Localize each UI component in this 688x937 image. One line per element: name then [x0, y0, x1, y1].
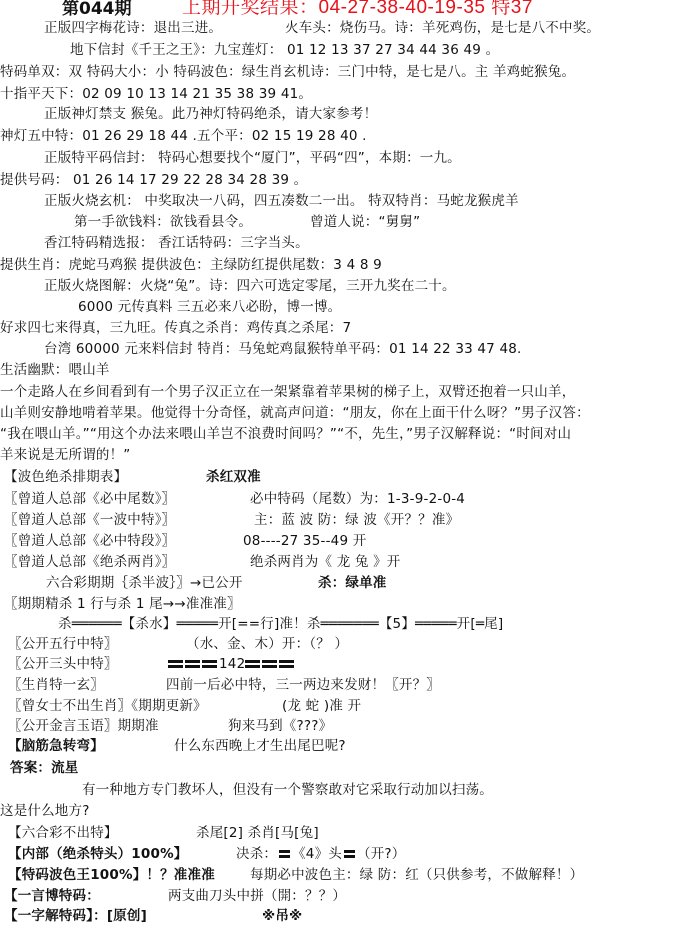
fax-material: 6000 元传真料 三五必来八必盼，博一博。 [78, 297, 341, 317]
internal-kill-pre: 决杀： [236, 846, 277, 862]
internal-kill-post: （开?） [357, 846, 405, 862]
lamp-note: 正版神灯禁支 猴兔。此乃神灯特码绝杀，请大家参考！ [44, 104, 377, 124]
zeng-segment-value: 08----27 35--49 开 [243, 531, 366, 551]
half-wave-value: 杀：绿单准 [318, 573, 387, 593]
riddle2-question-end: 这是什么地方? [0, 801, 90, 821]
underground-envelope: 地下信封《千王之王》：九宝莲灯： 01 12 13 37 27 34 44 36… [70, 40, 499, 60]
one-word-label: 【一言博特码： [4, 886, 100, 906]
humor-title: 生活幽默：喂山羊 [0, 360, 110, 380]
last-result-numbers: 04-27-38-40-19-35 [319, 0, 486, 18]
story-line: 山羊则安静地啃着苹果。他觉得十分奇怪，就高声问道：“朋友，你在上面干什么呀？”男… [0, 403, 590, 423]
internal-kill-mid: 《4》头 [292, 846, 342, 862]
three-heads-label: 〖公开三头中特〗 [8, 654, 118, 674]
riddle-answer: 答案：流星 [10, 758, 79, 778]
zeng-no-zodiac-value: (龙 蛇 )准 开 [282, 696, 361, 716]
kill-water-line: 杀══════【杀水】═════开[==行]准！杀═══════【5】═════… [58, 614, 503, 634]
riddle2-question: 有一种地方专门教坏人，但没有一个警察敢对它采取行动加以扫荡。 [82, 780, 493, 800]
lamp-numbers: 神灯五中特：01 26 29 18 44 .五个平：02 15 19 28 40… [0, 126, 367, 146]
zodiac-mystery-label: 〖生肖特一玄〗 [8, 675, 104, 695]
internal-kill-value: 决杀：《4》头（开?） [236, 844, 405, 864]
zeng-wave-value: 主：蓝 波 防：绿 波《开？？准》 [254, 510, 459, 530]
one-word-value: 两支曲刀头中拼（開：？？） [168, 886, 346, 906]
fire-mystery: 正版火烧玄机： 中奖取决一八码，四五凑数二一出。 特双特肖：马蛇龙猴虎羊 [44, 191, 519, 211]
fax-kill: 好求四七来得真，三九旺。传真之杀肖：鸡传真之杀尾：7 [0, 318, 351, 338]
three-heads-number: 142 [219, 656, 245, 672]
five-elements-value: （水、金、木）开：（？ ） [186, 634, 348, 654]
one-char-label: 【一字解特码】：[原创] [4, 906, 147, 926]
provided-numbers: 提供号码： 01 26 14 17 29 22 28 34 28 39 。 [0, 170, 307, 190]
wave-kill-table-label: 【波色绝杀排期表】 [4, 467, 127, 487]
bar-icon [185, 660, 200, 663]
three-heads-value: 142 [168, 654, 296, 674]
zodiac-mystery-value: 四前一后必中特，三一两边来发财！〖开？〗 [166, 675, 440, 695]
zeng-tail-value: 必中特码（尾数）为：1-3-9-2-0-4 [250, 489, 465, 509]
five-elements-label: 〖公开五行中特〗 [8, 634, 118, 654]
bar-icon [168, 660, 183, 663]
first-hand: 第一手欲钱料：欲钱看县令。 [74, 212, 252, 232]
fire-diagram: 正版火烧图解：火烧“兔”。诗：四六可选定零尾，三开九奖在二十。 [44, 276, 456, 296]
internal-kill-label: 【内部（绝杀特头）100%】 [8, 844, 188, 864]
special-number: 特37 [491, 0, 533, 18]
ten-fingers: 十指平天下：02 09 10 13 14 21 35 38 39 41。 [0, 84, 312, 104]
taiwan-envelope: 台湾 60000 元来料信封 特肖：马兔蛇鸡鼠猴特单平码：01 14 22 33… [44, 339, 522, 359]
zeng-wave-label: 〖曾道人总部《一波中特》〗 [4, 510, 175, 530]
bar-icon [279, 850, 290, 853]
plum-poem: 正版四字梅花诗：退出三进。 [44, 18, 222, 38]
one-char-value: ※吊※ [262, 906, 302, 926]
issue-number: 第044期 [62, 0, 132, 19]
no-special-value: 杀尾[2] 杀肖[马[兔] [196, 823, 319, 843]
wave-king-label: 【特码波色王100%】！？准准准 [8, 865, 215, 885]
zeng-no-zodiac-label: 〖曾女士不出生肖〗《期期更新》 [8, 696, 207, 716]
golden-words-value: 狗来马到《???》 [228, 716, 332, 736]
zeng-kill-two-label: 〖曾道人总部《绝杀两肖》〗 [4, 552, 175, 572]
zeng-tail-label: 〖曾道人总部《必中尾数》〗 [4, 489, 175, 509]
bar-icon [279, 660, 294, 663]
bar-icon [344, 850, 355, 853]
bar-icon [245, 660, 260, 663]
envelope-hint: 正版特平码信封： 特码心想要找个“厦门”，平码“四”，本期：一九。 [44, 148, 461, 168]
special-code-attrs: 特码单双：双 特码大小：小 特码波色：绿生肖玄机诗：三门中特，是七是八。主 羊鸡… [0, 62, 575, 82]
story-line: 一个走路人在乡间看到有一个男子汉正立在一架紧靠着苹果树的梯子上，双臂还抱着一只山… [0, 382, 575, 402]
no-special-label: 【六合彩不出特】 [8, 823, 118, 843]
zeng-says: 曾道人说：“舅舅” [310, 212, 420, 232]
zeng-segment-label: 〖曾道人总部《必中特段》〗 [4, 531, 175, 551]
wave-king-value: 每期必中波色主：绿 防：红（只供参考，不做解释！） [250, 865, 583, 885]
last-result-label: 上期开奖结果： [182, 0, 319, 18]
story-line: “我在喂山羊。”“用这个办法来喂山羊岂不浪费时间吗？”“不，先生，”男子汉解释说… [0, 424, 571, 444]
wave-kill-value: 杀红双准 [206, 467, 261, 487]
xiangjiang-report: 香江特码精选报： 香江话特码：三字当头。 [44, 233, 309, 253]
riddle-question: 什么东西晚上才生出尾巴呢? [174, 736, 346, 756]
zeng-kill-two-value: 绝杀两肖为《 龙 兔 》开 [250, 552, 400, 572]
provided-zodiac: 提供生肖：虎蛇马鸡猴 提供波色：主绿防红提供尾数：3 4 8 9 [0, 255, 382, 275]
golden-words-label: 〖公开金言玉语〗期期准 [8, 716, 159, 736]
story-line: 羊来说是无所谓的！” [0, 445, 131, 465]
half-wave-label: 六合彩期期｛杀半波｝〗→已公开 [46, 573, 243, 593]
kill-row-col: 〖期期精杀 1 行与杀 1 尾→→准准准〗 [4, 594, 241, 614]
bar-icon [202, 660, 217, 663]
last-result: 上期开奖结果：04-27-38-40-19-35 特37 [182, 0, 533, 18]
riddle-label: 【脑筋急转弯】 [8, 736, 104, 756]
bar-icon [262, 660, 277, 663]
train-head: 火车头：烧伤马。诗：羊死鸡伤，是七是八不中奖。 [285, 18, 600, 38]
